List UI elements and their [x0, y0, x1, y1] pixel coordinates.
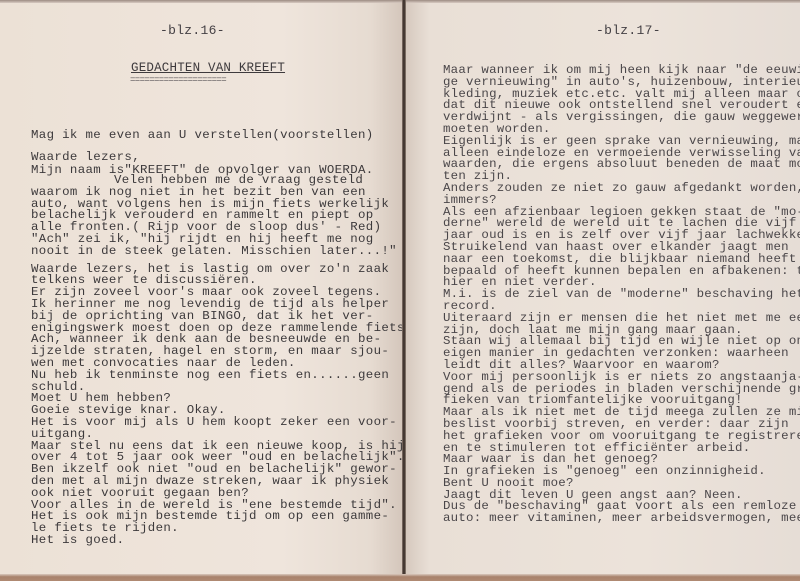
greeting: Waarde lezers,: [31, 152, 140, 164]
book-spread: -blz.16- GEDACHTEN VAN KREEFT ==========…: [0, 0, 800, 581]
left-body-text: Velen hebben me de vraag gesteldwaarom i…: [31, 175, 403, 547]
left-page: -blz.16- GEDACHTEN VAN KREEFT ==========…: [0, 3, 403, 574]
text-line: auto: meer vitaminen, meer arbeidsvermog…: [443, 513, 800, 525]
right-page: -blz.17- Maar wanneer ik om mij heen kij…: [406, 3, 800, 574]
right-body-text: Maar wanneer ik om mij heen kijk naar "d…: [443, 65, 800, 525]
text-line: Nu heb ik tenminste nog een fiets en....…: [31, 370, 403, 382]
article-title: GEDACHTEN VAN KREEFT: [131, 61, 285, 75]
title-underline-rule: ====================: [130, 76, 226, 85]
text-line: nooit in de steek gelaten. Misschien lat…: [31, 246, 403, 258]
text-line: Mag ik me even aan U verstellen(voorstel…: [31, 130, 374, 142]
bottom-edge: [0, 574, 800, 581]
text-line: Het is goed.: [31, 535, 403, 547]
page-number-left: -blz.16-: [160, 23, 225, 38]
page-number-right: -blz.17-: [596, 23, 661, 38]
